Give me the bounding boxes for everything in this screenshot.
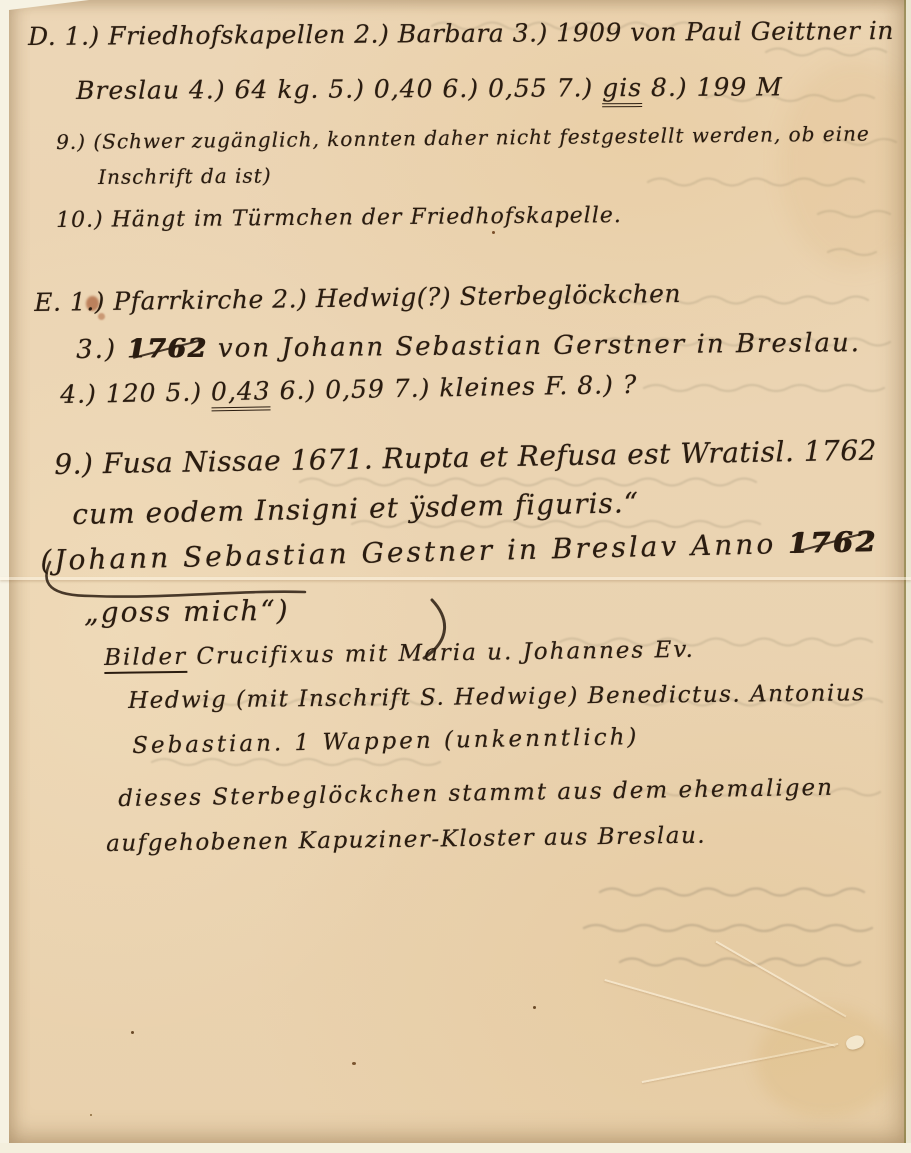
ink-flourish-art bbox=[0, 0, 911, 1153]
scanned-manuscript-page: D. 1.) Friedhofskapellen 2.) Barbara 3.)… bbox=[0, 0, 911, 1153]
flourish-strokes bbox=[46, 562, 444, 658]
